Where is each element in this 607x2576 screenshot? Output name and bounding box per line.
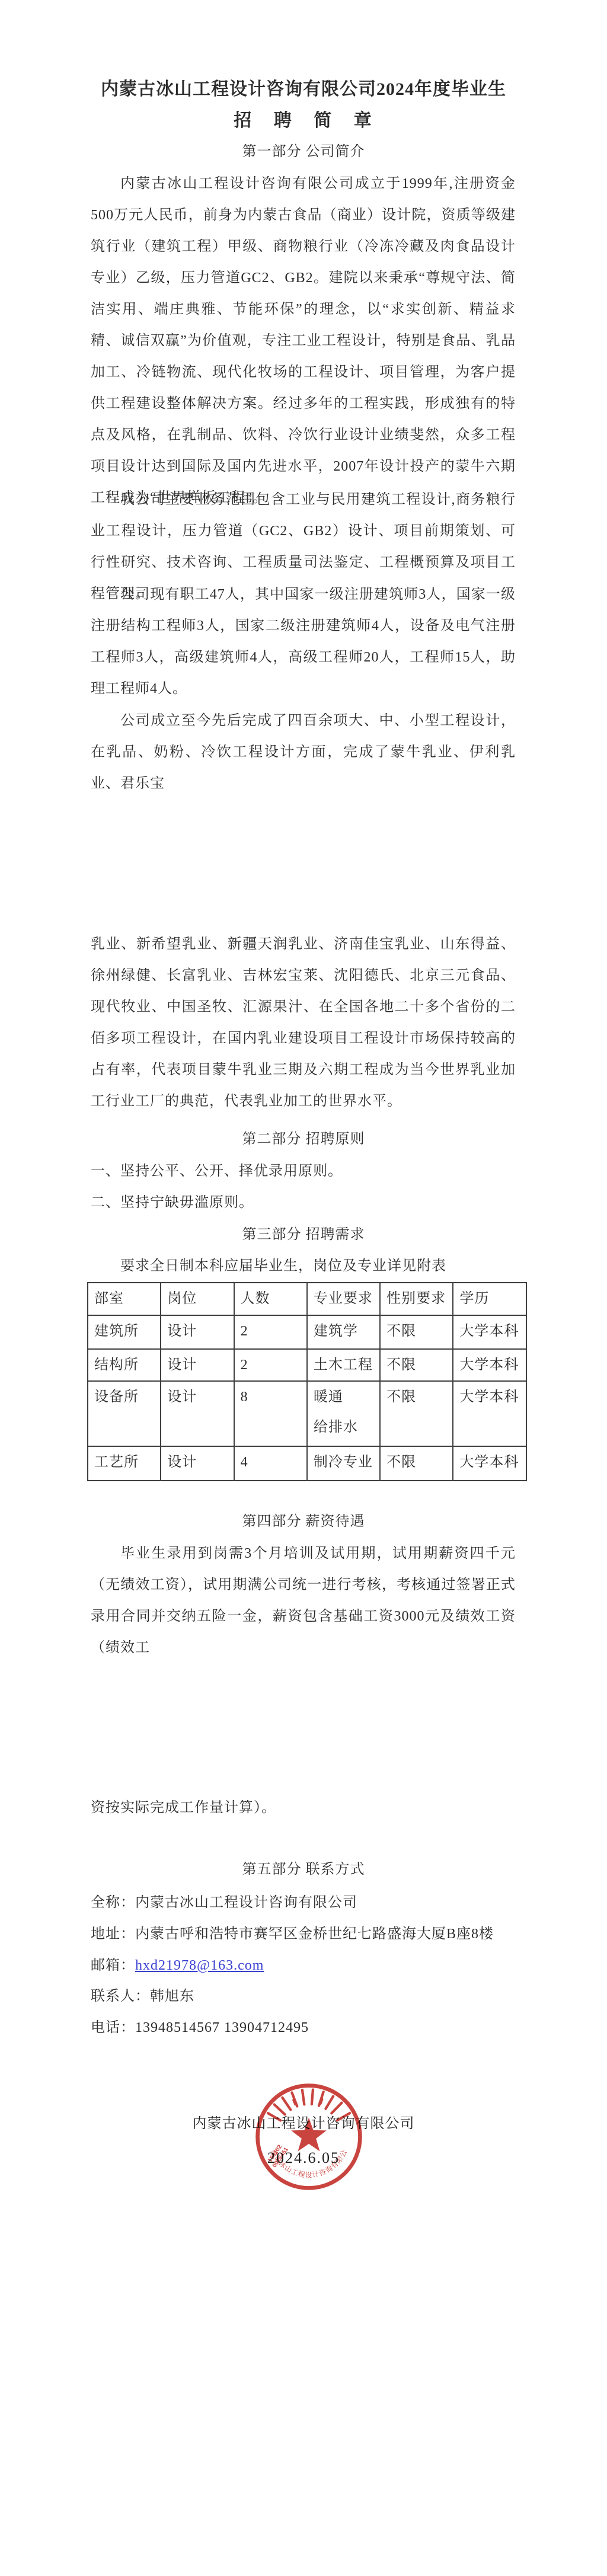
- recruit-table-header-row: 部室岗位人数专业要求性别要求学历: [88, 1283, 526, 1315]
- recruit-table-row: 设备所设计8暖通 给排水不限大学本科: [88, 1381, 526, 1446]
- section4-heading: 第四部分 薪资待遇: [0, 1506, 607, 1538]
- recruit-table-cell: 建筑所: [88, 1315, 161, 1349]
- recruit-table-header-cell: 性别要求: [380, 1283, 453, 1315]
- company-name-value: 内蒙古冰山工程设计咨询有限公司: [135, 1895, 357, 1910]
- document-title-line1: 内蒙古冰山工程设计咨询有限公司2024年度毕业生: [0, 73, 607, 105]
- contact-person-label: 联系人：: [91, 1989, 150, 2004]
- recruit-table-row: 结构所设计2土木工程不限大学本科: [88, 1349, 526, 1381]
- recruit-table-cell: 设备所: [88, 1381, 161, 1446]
- recruit-table-cell: 设计: [161, 1381, 234, 1446]
- address-label: 地址：: [91, 1926, 135, 1942]
- principle-item-1: 一、坚持公平、公开、择优录用原则。: [91, 1156, 343, 1187]
- recruit-table-header-cell: 岗位: [161, 1283, 234, 1315]
- principle-item-2: 二、坚持宁缺毋滥原则。: [91, 1187, 254, 1219]
- salary-paragraph-part1: 毕业生录用到岗需3个月培训及试用期，试用期薪资四千元（无绩效工资），试用期满公司…: [91, 1538, 516, 1664]
- recruit-table-cell: 大学本科: [453, 1446, 526, 1481]
- recruit-table-cell: 不限: [380, 1381, 453, 1446]
- recruit-table-cell: 建筑学: [307, 1315, 380, 1349]
- recruit-table-cell: 8: [234, 1381, 307, 1446]
- recruit-table-cell: 不限: [380, 1349, 453, 1381]
- company-name-label: 全称：: [91, 1895, 135, 1910]
- contact-phone-line: 电话：13948514567 13904712495: [91, 2012, 309, 2044]
- email-link[interactable]: hxd21978@163.com: [135, 1958, 264, 1973]
- recruit-table-cell: 不限: [380, 1446, 453, 1481]
- recruit-table-cell: 土木工程: [307, 1349, 380, 1381]
- phone-label: 电话：: [91, 2020, 135, 2035]
- contact-address-line: 地址：内蒙古呼和浩特市赛罕区金桥世纪七路盛海大厦B座8楼: [91, 1919, 494, 1950]
- recruit-table-cell: 设计: [161, 1349, 234, 1381]
- recruit-table-cell: 2: [234, 1315, 307, 1349]
- phone-value: 13948514567 13904712495: [135, 2020, 309, 2035]
- recruit-table-header-cell: 人数: [234, 1283, 307, 1315]
- signature-company-name: 内蒙古冰山工程设计咨询有限公司: [0, 2108, 607, 2140]
- recruit-table-row: 工艺所设计4制冷专业不限大学本科: [88, 1446, 526, 1481]
- company-intro-paragraph: 内蒙古冰山工程设计咨询有限公司成立于1999年,注册资金500万元人民币，前身为…: [91, 168, 516, 514]
- contact-company-line: 全称：内蒙古冰山工程设计咨询有限公司: [91, 1887, 357, 1919]
- recruit-table-cell: 设计: [161, 1446, 234, 1481]
- recruit-table-cell: 不限: [380, 1315, 453, 1349]
- contact-email-line: 邮箱：hxd21978@163.com: [91, 1950, 264, 1981]
- section2-heading: 第二部分 招聘原则: [0, 1124, 607, 1155]
- recruitment-notice-document: 内蒙古冰山工程设计咨询有限公司2024年度毕业生 招 聘 简 章 第一部分 公司…: [0, 0, 607, 2576]
- recruit-intro-line: 要求全日制本科应届毕业生，岗位及专业详见附表: [91, 1251, 516, 1282]
- recruit-table-cell: 制冷专业: [307, 1446, 380, 1481]
- recruit-table-cell: 工艺所: [88, 1446, 161, 1481]
- recruit-table-cell: 暖通 给排水: [307, 1381, 380, 1446]
- recruit-table-cell: 大学本科: [453, 1381, 526, 1446]
- recruit-table: 部室岗位人数专业要求性别要求学历 建筑所设计2建筑学不限大学本科结构所设计2土木…: [87, 1282, 527, 1481]
- document-title-line2: 招 聘 简 章: [0, 105, 607, 136]
- address-value: 内蒙古呼和浩特市赛罕区金桥世纪七路盛海大厦B座8楼: [135, 1926, 494, 1942]
- section5-heading: 第五部分 联系方式: [0, 1854, 607, 1885]
- recruit-table-header-cell: 学历: [453, 1283, 526, 1315]
- contact-person-value: 韩旭东: [150, 1989, 194, 2004]
- projects-paragraph-part1: 公司成立至今先后完成了四百余项大、中、小型工程设计，在乳品、奶粉、冷饮工程设计方…: [91, 705, 516, 800]
- section1-heading: 第一部分 公司简介: [0, 136, 607, 168]
- section3-heading: 第三部分 招聘需求: [0, 1219, 607, 1251]
- email-label: 邮箱：: [91, 1958, 135, 1973]
- signature-date: 2024.6.05: [0, 2142, 607, 2174]
- recruit-table-cell: 大学本科: [453, 1315, 526, 1349]
- recruit-table-cell: 4: [234, 1446, 307, 1481]
- recruit-table-cell: 设计: [161, 1315, 234, 1349]
- projects-paragraph-part2: 乳业、新希望乳业、新疆天润乳业、济南佳宝乳业、山东得益、徐州绿健、长富乳业、吉林…: [91, 929, 516, 1117]
- recruit-table-row: 建筑所设计2建筑学不限大学本科: [88, 1315, 526, 1349]
- contact-person-line: 联系人：韩旭东: [91, 1981, 194, 2012]
- recruit-table-header-cell: 专业要求: [307, 1283, 380, 1315]
- staff-paragraph: 公司现有职工47人，其中国家一级注册建筑师3人，国家一级注册结构工程师3人，国家…: [91, 579, 516, 705]
- recruit-table-cell: 大学本科: [453, 1349, 526, 1381]
- recruit-table-header-cell: 部室: [88, 1283, 161, 1315]
- recruit-table-cell: 2: [234, 1349, 307, 1381]
- salary-paragraph-part2: 资按实际完成工作量计算）。: [91, 1792, 516, 1824]
- recruit-table-cell: 结构所: [88, 1349, 161, 1381]
